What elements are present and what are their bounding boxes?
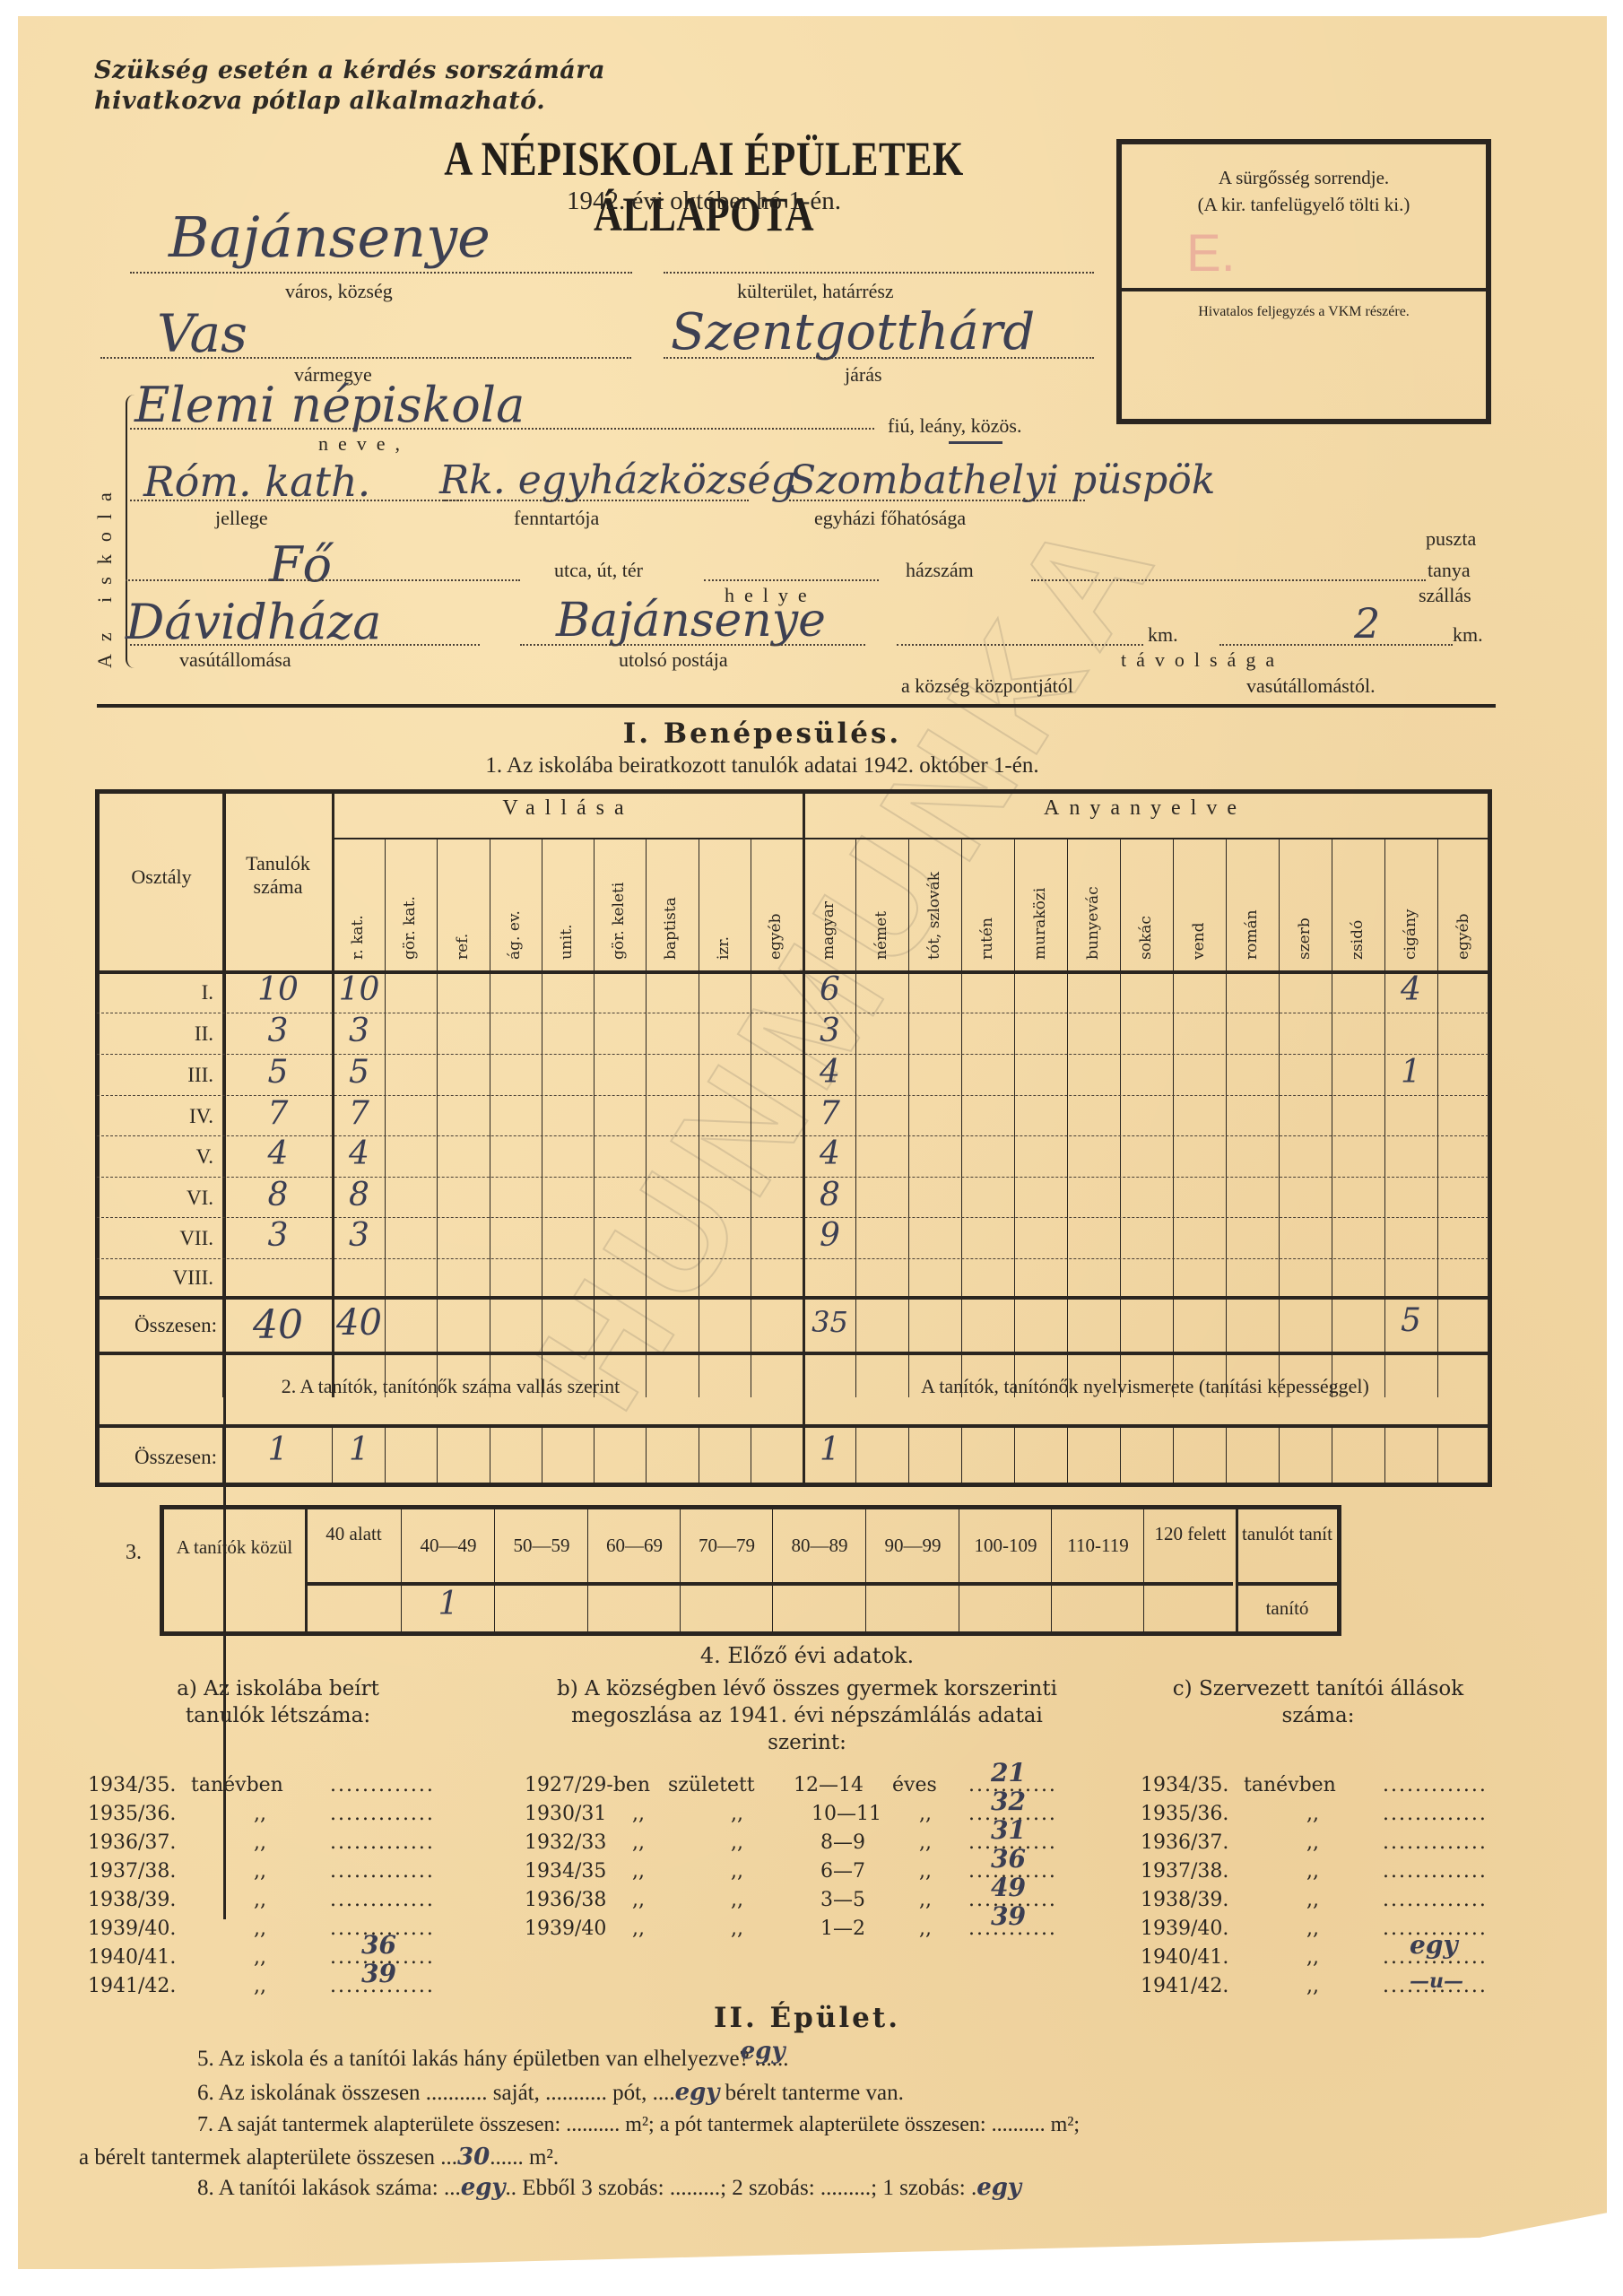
house-number-line bbox=[1031, 579, 1426, 581]
cell-magyar[interactable]: 4 bbox=[804, 1135, 855, 1172]
suffix: ,, bbox=[1306, 1944, 1319, 1972]
from-center-label: a község központjától bbox=[901, 674, 1073, 698]
grid-line bbox=[855, 1426, 856, 1484]
suffix: ,, bbox=[254, 1857, 266, 1886]
grid-line bbox=[1120, 1426, 1121, 1484]
cell-magyar-total[interactable]: 35 bbox=[804, 1305, 855, 1339]
col-roman: román bbox=[1243, 909, 1261, 960]
col-class-header: Osztály bbox=[100, 865, 222, 889]
age-range: 12—14 bbox=[794, 1771, 864, 1800]
list-item: 1936/37.,,............. bbox=[1141, 1829, 1517, 1857]
church-line bbox=[789, 500, 1085, 501]
year: 1935/36. bbox=[1141, 1800, 1228, 1829]
col-religion-other: egyéb bbox=[767, 914, 785, 961]
age-range: 6—7 bbox=[820, 1857, 865, 1886]
distance-station-value[interactable]: 2 bbox=[1354, 599, 1380, 648]
suffix: ,, bbox=[254, 1944, 266, 1972]
teacher-posts-list: 1934/35.tanévben............. 1935/36.,,… bbox=[1141, 1771, 1517, 2001]
question-8-value-total[interactable]: egy bbox=[461, 2174, 506, 2201]
col-ag-ev: ág. ev. bbox=[506, 910, 524, 960]
unit: ,, bbox=[919, 1800, 932, 1829]
years: 1927/29-ben bbox=[525, 1771, 650, 1800]
suffix: ,, bbox=[1306, 1829, 1319, 1857]
urgency-mark: E. bbox=[1186, 223, 1236, 283]
list-item: 1935/36.,,............. bbox=[1141, 1800, 1517, 1829]
district-value[interactable]: Szentgotthárd bbox=[671, 303, 1035, 361]
col-nemet: német bbox=[872, 911, 890, 960]
age-col: 40 alatt bbox=[307, 1522, 401, 1545]
cell-students[interactable]: 4 bbox=[224, 1135, 332, 1172]
cell-r-kat[interactable]: 10 bbox=[334, 971, 385, 1008]
school-type-value[interactable]: Róm. kath. bbox=[143, 457, 370, 506]
grid-line bbox=[385, 839, 386, 1397]
year: 1936/37. bbox=[88, 1829, 176, 1857]
col-gor-keleti: gör. keleti bbox=[610, 883, 628, 960]
col-baptista: baptista bbox=[662, 897, 680, 960]
year: 1934/35. bbox=[1141, 1771, 1228, 1800]
born: ,, bbox=[731, 1915, 743, 1944]
maintainer-line bbox=[444, 500, 749, 501]
row-label: II. bbox=[106, 1022, 213, 1046]
grid-line bbox=[1173, 1426, 1174, 1484]
grid-line bbox=[332, 1426, 333, 1484]
year: 1939/40. bbox=[88, 1915, 176, 1944]
grid-line bbox=[385, 1426, 386, 1484]
col-vend: vend bbox=[1190, 923, 1208, 961]
list-item: 1939/40.,,............. bbox=[1141, 1915, 1517, 1944]
question-8-text-b: .. Ebből 3 szobás: .........; 2 szobás: … bbox=[506, 2176, 977, 2200]
grid-line bbox=[1226, 839, 1227, 1397]
grid-line bbox=[1384, 1426, 1385, 1484]
grid-line bbox=[959, 1509, 959, 1631]
row-label: V. bbox=[106, 1145, 213, 1169]
age-right-top: tanulót tanít bbox=[1237, 1522, 1337, 1545]
born: ,, bbox=[632, 1915, 645, 1944]
age-col: 50—59 bbox=[496, 1534, 587, 1557]
note-line-1: Szükség esetén a kérdés sorszámára bbox=[94, 56, 605, 86]
census-title-2: megoszlása az 1941. évi népszámlálás ada… bbox=[502, 1702, 1112, 1729]
col-gor-kat: gör. kat. bbox=[401, 896, 419, 960]
question-5-value[interactable]: egy bbox=[741, 2038, 785, 2065]
post-line bbox=[520, 644, 865, 646]
from-station-label: vasútállomástól. bbox=[1246, 674, 1376, 698]
cell-magyar[interactable]: 6 bbox=[804, 971, 855, 1008]
grid-line bbox=[699, 1426, 699, 1484]
grid-line bbox=[1279, 1426, 1280, 1484]
col-students-header: Tanulók száma bbox=[224, 852, 332, 899]
grid-line bbox=[401, 1509, 402, 1631]
teacher-posts-title-2: száma: bbox=[1112, 1702, 1524, 1729]
grid-line bbox=[1226, 1426, 1227, 1484]
question-6-text-b: bérelt tanterme van. bbox=[725, 2081, 904, 2105]
cell-cigany[interactable]: 4 bbox=[1384, 971, 1437, 1008]
list-item: 1937/38.,,............. bbox=[1141, 1857, 1517, 1886]
years: 1939/40 bbox=[525, 1915, 606, 1944]
grid-line bbox=[680, 1509, 681, 1631]
age-range: 8—9 bbox=[820, 1829, 865, 1857]
dots: ............. bbox=[1383, 1886, 1488, 1915]
unit: ,, bbox=[919, 1886, 932, 1915]
section-separator bbox=[97, 704, 1496, 708]
cell-students[interactable]: 8 bbox=[224, 1177, 332, 1213]
census-list: 1927/29-benszületett12—14éves...........… bbox=[525, 1771, 1098, 1944]
total-row-label: Összesen: bbox=[97, 1314, 217, 1337]
grid-line bbox=[97, 1258, 1488, 1259]
street-label: utca, út, tér bbox=[554, 559, 643, 582]
dots: ............. bbox=[1383, 1857, 1488, 1886]
question-5-text: 5. Az iskola és a tanítói lakás hány épü… bbox=[197, 2047, 789, 2071]
list-item: 1937/38.,,............. bbox=[88, 1857, 464, 1886]
grid-line bbox=[490, 1426, 490, 1484]
outskirt-label: külterület, határrész bbox=[737, 280, 894, 303]
col-language-other: egyéb bbox=[1454, 914, 1472, 961]
suffix: tanévben bbox=[1244, 1771, 1336, 1800]
question-8-value-one-room[interactable]: egy bbox=[976, 2174, 1021, 2201]
maintainer-label: fenntartója bbox=[514, 507, 599, 530]
section-4-title: 4. Előző évi adatok. bbox=[502, 1643, 1112, 1668]
town-value[interactable]: Bajánsenye bbox=[169, 204, 490, 270]
district-label: járás bbox=[845, 363, 882, 387]
grid-line bbox=[865, 1509, 866, 1631]
section-1-title: I. Benépesülés. bbox=[359, 717, 1166, 750]
grid-line bbox=[594, 1426, 595, 1484]
unit: ,, bbox=[919, 1829, 932, 1857]
suffix: ,, bbox=[254, 1800, 266, 1829]
dots: ............. bbox=[330, 1771, 435, 1800]
prev-enrollment-list: 1934/35.tanévben............. 1935/36.,,… bbox=[88, 1771, 464, 2001]
census-title-1: b) A községben lévő összes gyermek korsz… bbox=[502, 1675, 1112, 1702]
value[interactable]: 32 bbox=[991, 1787, 1026, 1816]
born: született bbox=[668, 1771, 755, 1800]
list-item: 1939/40,,,,1—2,,...........39 bbox=[525, 1915, 1098, 1944]
unit: ,, bbox=[919, 1857, 932, 1886]
row-label: I. bbox=[106, 981, 213, 1004]
suffix: ,, bbox=[254, 1829, 266, 1857]
street-line bbox=[126, 579, 520, 581]
grid-line bbox=[1279, 839, 1280, 1397]
age-col: 120 felett bbox=[1145, 1522, 1236, 1545]
prev-enrollment-heading: a) Az iskolába beírt tanulók létszáma: bbox=[72, 1675, 484, 1729]
cell-r-kat[interactable]: 5 bbox=[334, 1054, 385, 1091]
prev-enrollment-title-2: tanulók létszáma: bbox=[72, 1702, 484, 1729]
cell-r-kat[interactable]: 8 bbox=[334, 1177, 385, 1213]
born: ,, bbox=[632, 1886, 645, 1915]
suffix: ,, bbox=[1306, 1915, 1319, 1944]
unit: éves bbox=[892, 1771, 937, 1800]
cell-students[interactable]: 3 bbox=[224, 1013, 332, 1049]
grid-line bbox=[1143, 1509, 1144, 1631]
col-izr: izr. bbox=[715, 936, 733, 960]
cell-students[interactable]: 10 bbox=[224, 971, 332, 1008]
cell-r-kat[interactable]: 7 bbox=[334, 1095, 385, 1132]
szallas-label: szállás bbox=[1419, 584, 1471, 607]
suffix: ,, bbox=[1306, 1857, 1319, 1886]
suffix: ,, bbox=[254, 1972, 266, 2001]
list-item: 1934/35.tanévben............. bbox=[88, 1771, 464, 1800]
grid-line bbox=[1014, 1426, 1015, 1484]
grid-line bbox=[1437, 839, 1438, 1397]
born: ,, bbox=[731, 1800, 743, 1829]
age-col: 80—89 bbox=[774, 1534, 865, 1557]
grid-line bbox=[1014, 839, 1015, 1397]
station-label: vasútállomása bbox=[179, 648, 291, 672]
dots: ............. bbox=[330, 1857, 435, 1886]
age-col: 60—69 bbox=[589, 1534, 680, 1557]
census-title-3: szerint: bbox=[502, 1729, 1112, 1756]
post-office-label: utolsó postája bbox=[619, 648, 728, 672]
grid-line bbox=[1332, 839, 1332, 1397]
religion-group-header: Vallása bbox=[334, 796, 803, 821]
list-item: 1938/39.,,............. bbox=[88, 1886, 464, 1915]
age-col: 100-109 bbox=[960, 1534, 1051, 1557]
year: 1934/35. bbox=[88, 1771, 176, 1800]
grid-line bbox=[961, 1426, 962, 1484]
grid-line bbox=[1051, 1509, 1052, 1631]
grid-line bbox=[804, 838, 1488, 839]
street-value[interactable]: Fő bbox=[269, 536, 332, 593]
age-col: 40—49 bbox=[403, 1534, 494, 1557]
year: 1940/41. bbox=[88, 1944, 176, 1972]
value[interactable]: 49 bbox=[991, 1874, 1026, 1902]
grid-line bbox=[1067, 839, 1068, 1397]
year: 1937/38. bbox=[1141, 1857, 1228, 1886]
col-ruten: rutén bbox=[978, 918, 996, 960]
cell-magyar[interactable]: 4 bbox=[804, 1054, 855, 1091]
km-label-1: km. bbox=[1148, 623, 1178, 647]
born: ,, bbox=[632, 1800, 645, 1829]
age-value[interactable]: 1 bbox=[403, 1586, 494, 1622]
col-magyar: magyar bbox=[820, 901, 838, 960]
row-label: VI. bbox=[106, 1187, 213, 1210]
value[interactable]: 21 bbox=[991, 1759, 1026, 1787]
suffix: ,, bbox=[1306, 1886, 1319, 1915]
dots: ............. bbox=[1383, 1771, 1488, 1800]
list-item: 1936/37.,,............. bbox=[88, 1829, 464, 1857]
town-label: város, község bbox=[285, 280, 393, 303]
age-right-bottom: tanító bbox=[1237, 1596, 1337, 1620]
age-table-label: A tanítók közül bbox=[164, 1523, 305, 1571]
year: 1941/42. bbox=[1141, 1972, 1228, 2001]
born: ,, bbox=[731, 1886, 743, 1915]
cell-magyar[interactable]: 9 bbox=[804, 1217, 855, 1254]
grid-line bbox=[97, 1296, 1488, 1300]
school-type-label: jellege bbox=[215, 507, 268, 530]
grid-line bbox=[699, 839, 699, 1397]
county-line bbox=[100, 357, 631, 359]
teacher-posts-heading: c) Szervezett tanítói állások száma: bbox=[1112, 1675, 1524, 1729]
row-label: III. bbox=[106, 1064, 213, 1087]
col-murakozi: muraközi bbox=[1031, 888, 1049, 960]
col-zsido: zsidó bbox=[1349, 920, 1367, 960]
year: 1940/41. bbox=[1141, 1944, 1228, 1972]
dots: ............. bbox=[330, 1800, 435, 1829]
list-item: 1935/36.,,............. bbox=[88, 1800, 464, 1829]
grid-line bbox=[542, 1426, 542, 1484]
county-value[interactable]: Vas bbox=[157, 303, 247, 364]
grid-line bbox=[1437, 1426, 1438, 1484]
col-sokac: sokác bbox=[1137, 916, 1155, 960]
grid-line bbox=[594, 839, 595, 1397]
cell-magyar[interactable]: 7 bbox=[804, 1095, 855, 1132]
official-note-label: Hivatalos feljegyzés a VKM részére. bbox=[1122, 304, 1486, 320]
house-number-label: házszám bbox=[906, 559, 974, 582]
cell-students[interactable]: 3 bbox=[224, 1217, 332, 1254]
age-col: 90—99 bbox=[867, 1534, 959, 1557]
urgency-box: A sürgősség sorrendje. (A kir. tanfelügy… bbox=[1116, 139, 1491, 424]
cell-students[interactable]: 5 bbox=[224, 1054, 332, 1091]
grid-line bbox=[494, 1509, 495, 1631]
prev-enrollment-title-1: a) Az iskolába beírt bbox=[72, 1675, 484, 1702]
grid-line bbox=[437, 1426, 438, 1484]
school-name-label: neve, bbox=[318, 432, 410, 456]
col-unit: unit. bbox=[558, 924, 576, 960]
cell-r-kat[interactable]: 3 bbox=[334, 1217, 385, 1254]
years: 1936/38 bbox=[525, 1886, 606, 1915]
question-7-line-1: 7. A saját tantermek alapterülete összes… bbox=[197, 2113, 1080, 2137]
years: 1932/33 bbox=[525, 1829, 606, 1857]
dots: ............. bbox=[330, 1829, 435, 1857]
age-col: 110-119 bbox=[1053, 1534, 1143, 1557]
cell-cigany[interactable]: 1 bbox=[1384, 1054, 1437, 1091]
suffix: ,, bbox=[1306, 1800, 1319, 1829]
grid-line bbox=[646, 1426, 647, 1484]
grid-line bbox=[1332, 1426, 1332, 1484]
col-szerb: szerb bbox=[1296, 918, 1314, 960]
school-name-value[interactable]: Elemi népiskola bbox=[135, 377, 525, 433]
value[interactable]: egy bbox=[1410, 1931, 1458, 1960]
years: 1934/35 bbox=[525, 1857, 606, 1886]
tanya-label: tanya bbox=[1428, 559, 1471, 582]
row-label: IV. bbox=[106, 1105, 213, 1128]
distance-station-line bbox=[1219, 644, 1453, 646]
suffix: ,, bbox=[1306, 1972, 1319, 2001]
dots: ............. bbox=[330, 1886, 435, 1915]
teachers-religion-title: 2. A tanítók, tanítónők száma vallás sze… bbox=[99, 1375, 803, 1398]
station-value[interactable]: Dávidháza bbox=[126, 594, 381, 650]
grid-line bbox=[1173, 839, 1174, 1397]
col-tot-szlovak: tót, szlovák bbox=[925, 872, 943, 960]
cell-cigany-total[interactable]: 5 bbox=[1384, 1302, 1437, 1339]
grid-line bbox=[97, 1352, 1488, 1355]
suffix: ,, bbox=[254, 1915, 266, 1944]
puszta-label: puszta bbox=[1426, 527, 1476, 551]
col-cigany: cigány bbox=[1402, 909, 1419, 960]
urgency-line-2: (A kir. tanfelügyelő tölti ki.) bbox=[1122, 191, 1486, 218]
value[interactable]: 39 bbox=[991, 1902, 1026, 1931]
years: 1930/31 bbox=[525, 1800, 606, 1829]
district-line bbox=[664, 357, 1094, 359]
dots: ............. bbox=[1383, 1829, 1488, 1857]
school-side-label: Az iskola bbox=[93, 480, 117, 668]
teachers-magyar[interactable]: 1 bbox=[804, 1431, 855, 1468]
question-5: 5. Az iskola és a tanítói lakás hány épü… bbox=[197, 2045, 839, 2072]
type-line bbox=[130, 500, 462, 501]
cell-magyar[interactable]: 8 bbox=[804, 1177, 855, 1213]
grid-line bbox=[542, 839, 542, 1397]
list-item: 1939/40.,,............. bbox=[88, 1915, 464, 1944]
box-divider bbox=[1122, 288, 1486, 291]
section-1-subtitle: 1. Az iskolába beiratkozott tanulók adat… bbox=[269, 753, 1255, 778]
value[interactable]: 36 bbox=[991, 1845, 1026, 1874]
teachers-r-kat[interactable]: 1 bbox=[334, 1431, 385, 1468]
grid-line bbox=[222, 1426, 223, 1484]
year: 1938/39. bbox=[1141, 1886, 1228, 1915]
value[interactable]: —u— bbox=[1410, 1967, 1463, 1996]
maintainer-value[interactable]: Rk. egyházközség bbox=[439, 457, 796, 503]
teacher-posts-title-1: c) Szervezett tanítói állások bbox=[1112, 1675, 1524, 1702]
cell-r-kat[interactable]: 3 bbox=[334, 1013, 385, 1049]
unit: ,, bbox=[919, 1915, 932, 1944]
house-prefix-line bbox=[704, 579, 879, 581]
language-group-header: Anyanyelve bbox=[804, 796, 1486, 821]
dots: ............. bbox=[1383, 1800, 1488, 1829]
note-line-2: hivatkozva pótlap alkalmazható. bbox=[94, 86, 605, 117]
col-ref: ref. bbox=[454, 934, 472, 960]
age-col: 70—79 bbox=[681, 1534, 772, 1557]
grid-line bbox=[1067, 1426, 1068, 1484]
question-8: 8. A tanítói lakások száma: ...egy.. Ebb… bbox=[197, 2174, 1021, 2201]
kozos-underline bbox=[949, 441, 1002, 444]
grid-line bbox=[751, 839, 751, 1397]
born: ,, bbox=[731, 1857, 743, 1886]
year: 1939/40. bbox=[1141, 1915, 1228, 1944]
school-name-line bbox=[130, 428, 874, 430]
list-item: 1941/42.,,.............39 bbox=[88, 1972, 464, 2001]
teachers-language-title: A tanítók, tanítónők nyelvismerete (taní… bbox=[804, 1375, 1486, 1398]
church-authority-label: egyházi főhatósága bbox=[814, 507, 966, 530]
station-line bbox=[130, 644, 480, 646]
question-6-text-a: 6. Az iskolának összesen ........... saj… bbox=[197, 2081, 675, 2105]
teachers-count[interactable]: 1 bbox=[224, 1431, 332, 1468]
grid-line bbox=[908, 839, 909, 1397]
col-r-kat: r. kat. bbox=[349, 915, 367, 960]
year: 1936/37. bbox=[1141, 1829, 1228, 1857]
value[interactable]: 36 bbox=[361, 1931, 396, 1960]
urgency-heading: A sürgősség sorrendje. (A kir. tanfelügy… bbox=[1122, 164, 1486, 218]
town-line bbox=[130, 272, 632, 274]
grid-line bbox=[1120, 839, 1121, 1397]
year: 1938/39. bbox=[88, 1886, 176, 1915]
church-authority-value[interactable]: Szombathelyi püspök bbox=[789, 457, 1215, 503]
list-item: 1934/35.tanévben............. bbox=[1141, 1771, 1517, 1800]
col-bunyevac: bunyevác bbox=[1084, 886, 1102, 960]
cell-r-kat-total[interactable]: 40 bbox=[334, 1302, 385, 1344]
list-item: 1938/39.,,............. bbox=[1141, 1886, 1517, 1915]
post-office-value[interactable]: Bajánsenye bbox=[556, 594, 826, 648]
born: ,, bbox=[731, 1829, 743, 1857]
age-range: 3—5 bbox=[820, 1886, 865, 1915]
grid-line bbox=[587, 1509, 588, 1631]
list-item: 1940/41.,,.............36 bbox=[88, 1944, 464, 1972]
row-label: VIII. bbox=[106, 1266, 213, 1290]
grid-line bbox=[646, 839, 647, 1397]
born: ,, bbox=[632, 1829, 645, 1857]
cell-students[interactable]: 7 bbox=[224, 1095, 332, 1132]
grid-line bbox=[772, 1509, 773, 1631]
value[interactable]: 39 bbox=[361, 1960, 396, 1988]
age-range: 1—2 bbox=[820, 1915, 865, 1944]
suffix: tanévben bbox=[191, 1771, 283, 1800]
grid-line bbox=[961, 839, 962, 1397]
value[interactable]: 31 bbox=[991, 1816, 1026, 1845]
section-2-title: II. Épület. bbox=[448, 2002, 1166, 2034]
cell-students-total[interactable]: 40 bbox=[224, 1302, 332, 1348]
cell-magyar[interactable]: 3 bbox=[804, 1013, 855, 1049]
question-6-value[interactable]: egy bbox=[675, 2079, 720, 2106]
grid-line bbox=[97, 1424, 1488, 1428]
cell-r-kat[interactable]: 4 bbox=[334, 1135, 385, 1172]
question-7-value[interactable]: 30 bbox=[457, 2144, 490, 2170]
